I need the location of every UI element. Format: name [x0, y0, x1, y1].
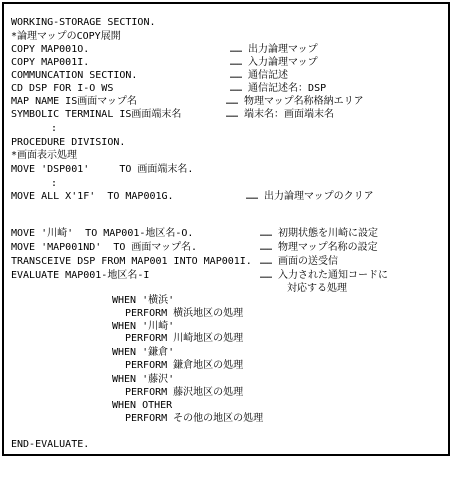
- comment-text: …… 入力された通知コードに: [260, 269, 388, 282]
- code-line: SYMBOLIC TERMINAL IS画面端末名…… 端末名：画面端末名: [0, 108, 463, 121]
- comment-text: …… 出力論理マップ: [230, 43, 318, 56]
- comment-text: …… 通信記述名：DSP: [230, 82, 326, 95]
- code-line: MOVE ALL X'1F' TO MAP001G.…… 出力論理マップのクリア: [0, 190, 463, 203]
- comment-text: …… 通信記述: [230, 69, 288, 82]
- comment-text: …… 出力論理マップのクリア: [246, 190, 374, 203]
- code-line: EVALUATE MAP001-地区名-I…… 入力された通知コードに: [0, 269, 463, 282]
- code-line: WHEN '鎌倉': [0, 346, 463, 359]
- code-text: SYMBOLIC TERMINAL IS画面端末名: [11, 108, 181, 121]
- code-text: COMMUNCATION SECTION.: [11, 69, 137, 82]
- code-line: WHEN '藤沢': [0, 373, 463, 386]
- code-line: :: [0, 177, 463, 190]
- code-line: COPY MAP001O.…… 出力論理マップ: [0, 43, 463, 56]
- code-line: WORKING-STORAGE SECTION.: [0, 16, 463, 29]
- code-text: MOVE 'MAP001ND' TO 画面マップ名.: [11, 241, 197, 254]
- code-line: PERFORM 横浜地区の処理: [0, 307, 463, 320]
- code-text: PERFORM 横浜地区の処理: [125, 307, 243, 320]
- code-text: PERFORM その他の地区の処理: [125, 412, 263, 425]
- code-text: WORKING-STORAGE SECTION.: [11, 16, 156, 29]
- comment-text: …… 物理マップ名称格納エリア: [226, 95, 364, 108]
- code-text: WHEN '横浜': [112, 294, 174, 307]
- comment-text: …… 入力論理マップ: [230, 56, 318, 69]
- code-line: WHEN OTHER: [0, 399, 463, 412]
- code-text: TRANSCEIVE DSP FROM MAP001 INTO MAP001I.: [11, 255, 252, 268]
- code-line: *画面表示処理: [0, 149, 463, 162]
- code-line: COPY MAP001I.…… 入力論理マップ: [0, 56, 463, 69]
- code-text: MOVE ALL X'1F' TO MAP001G.: [11, 190, 174, 203]
- code-text: PROCEDURE DIVISION.: [11, 136, 125, 149]
- code-line: END-EVALUATE.: [0, 438, 463, 451]
- code-text: WHEN '鎌倉': [112, 346, 174, 359]
- code-line: PERFORM 藤沢地区の処理: [0, 386, 463, 399]
- comment-text: …… 画面の送受信: [260, 255, 338, 268]
- code-text: WHEN OTHER: [112, 399, 172, 412]
- code-line: WHEN '横浜': [0, 294, 463, 307]
- code-line: :: [0, 122, 463, 135]
- code-text: *画面表示処理: [11, 149, 77, 162]
- code-line: MOVE '川崎' TO MAP001-地区名-O.…… 初期状態を川崎に設定: [0, 227, 463, 240]
- code-line: MAP NAME IS画面マップ名…… 物理マップ名称格納エリア: [0, 95, 463, 108]
- code-line: PERFORM 鎌倉地区の処理: [0, 359, 463, 372]
- code-line: COMMUNCATION SECTION.…… 通信記述: [0, 69, 463, 82]
- code-line: CD DSP FOR I-O WS…… 通信記述名：DSP: [0, 82, 463, 95]
- code-line: *論理マップのCOPY展開: [0, 30, 463, 43]
- code-text: MOVE '川崎' TO MAP001-地区名-O.: [11, 227, 193, 240]
- comment-text: …… 初期状態を川崎に設定: [260, 227, 378, 240]
- code-line: PROCEDURE DIVISION.: [0, 136, 463, 149]
- code-listing-page: WORKING-STORAGE SECTION.*論理マップのCOPY展開COP…: [0, 0, 463, 479]
- code-text: :: [51, 177, 57, 190]
- code-text: PERFORM 川崎地区の処理: [125, 332, 243, 345]
- code-text: COPY MAP001I.: [11, 56, 89, 69]
- code-text: EVALUATE MAP001-地区名-I: [11, 269, 149, 282]
- code-text: PERFORM 藤沢地区の処理: [125, 386, 243, 399]
- code-text: COPY MAP001O.: [11, 43, 89, 56]
- code-text: *論理マップのCOPY展開: [11, 30, 121, 43]
- code-line: MOVE 'DSP001' TO 画面端末名.: [0, 163, 463, 176]
- comment-text: …… 物理マップ名称の設定: [260, 241, 378, 254]
- code-line: MOVE 'MAP001ND' TO 画面マップ名.…… 物理マップ名称の設定: [0, 241, 463, 254]
- code-text: MAP NAME IS画面マップ名: [11, 95, 137, 108]
- code-text: PERFORM 鎌倉地区の処理: [125, 359, 243, 372]
- code-text: WHEN '藤沢': [112, 373, 174, 386]
- code-text: :: [51, 122, 57, 135]
- comment-text: …… 端末名：画面端末名: [226, 108, 334, 121]
- code-line: PERFORM その他の地区の処理: [0, 412, 463, 425]
- code-text: END-EVALUATE.: [11, 438, 89, 451]
- code-line: TRANSCEIVE DSP FROM MAP001 INTO MAP001I.…: [0, 255, 463, 268]
- code-text: MOVE 'DSP001' TO 画面端末名.: [11, 163, 193, 176]
- code-line: PERFORM 川崎地区の処理: [0, 332, 463, 345]
- code-text: CD DSP FOR I-O WS: [11, 82, 113, 95]
